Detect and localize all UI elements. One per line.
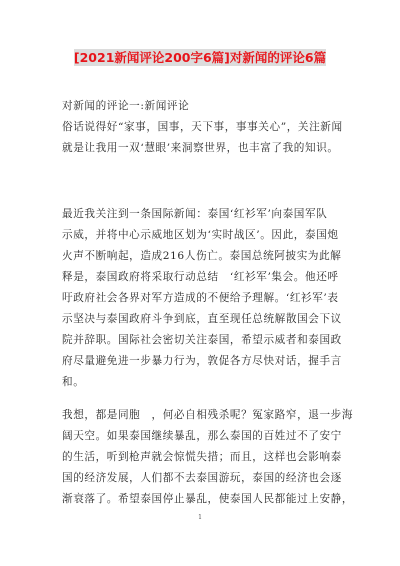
section-heading-text: 对新闻的评论一:新闻评论 bbox=[62, 96, 348, 117]
paragraph-line: 最近我关注到一条国际新闻：泰国‘红衫军’向泰国军队 bbox=[62, 204, 348, 225]
paragraph-line: 俗话说得好“家事，国事，天下事，事事关心”，关注新闻 bbox=[62, 117, 348, 138]
paragraph-line: 渐衰落了。希望泰国停止暴乱，使泰国人民都能过上安静， bbox=[62, 489, 348, 510]
paragraph-line: 吁政府社会各界对军方造成的不便给予理解。‘红衫军’表 bbox=[62, 288, 348, 309]
paragraph-line: 府尽量避免进一步暴力行为，敦促各方尽快对话，握手言 bbox=[62, 351, 348, 372]
document-title-text: [2021新闻评论200字6篇]对新闻的评论6篇 bbox=[74, 49, 326, 66]
paragraph-line: 院并辞职。国际社会密切关注泰国，希望示威者和泰国政 bbox=[62, 330, 348, 351]
paragraph-line: 阔天空。如果泰国继续暴乱，那么泰国的百姓过不了安宁 bbox=[62, 426, 348, 447]
paragraph-3: 我想，都是同胞 ，何必自相残杀呢？冤家路窄，退一步海 阔天空。如果泰国继续暴乱，… bbox=[62, 405, 348, 510]
page-number: 1 bbox=[0, 514, 400, 521]
paragraph-2: 最近我关注到一条国际新闻：泰国‘红衫军’向泰国军队 示威，并将中心示威地区划为‘… bbox=[62, 204, 348, 393]
paragraph-line: 示坚决与泰国政府斗争到底，直至现任总统解散国会下议 bbox=[62, 309, 348, 330]
paragraph-line: 的生活，听到枪声就会惊慌失措；而且，这样也会影响泰 bbox=[62, 447, 348, 468]
paragraph-1: 俗话说得好“家事，国事，天下事，事事关心”，关注新闻 就是让我用一双‘慧眼’来洞… bbox=[62, 117, 348, 159]
document-title: [2021新闻评论200字6篇]对新闻的评论6篇 bbox=[0, 48, 400, 66]
document-page: [2021新闻评论200字6篇]对新闻的评论6篇 对新闻的评论一:新闻评论 俗话… bbox=[0, 0, 400, 566]
paragraph-line: 火声不断响起，造成216人伤亡。泰国总统阿披实为此解 bbox=[62, 246, 348, 267]
section-heading: 对新闻的评论一:新闻评论 bbox=[62, 96, 348, 117]
paragraph-line: 示威，并将中心示威地区划为‘实时战区’。因此，泰国炮 bbox=[62, 225, 348, 246]
paragraph-line: 和。 bbox=[62, 372, 348, 393]
paragraph-line: 我想，都是同胞 ，何必自相残杀呢？冤家路窄，退一步海 bbox=[62, 405, 348, 426]
paragraph-line: 释是，泰国政府将采取行动总结 ‘红衫军’集会。他还呼 bbox=[62, 267, 348, 288]
paragraph-line: 就是让我用一双‘慧眼’来洞察世界，也丰富了我的知识。 bbox=[62, 138, 348, 159]
paragraph-line: 国的经济发展，人们都不去泰国游玩，泰国的经济也会逐 bbox=[62, 468, 348, 489]
